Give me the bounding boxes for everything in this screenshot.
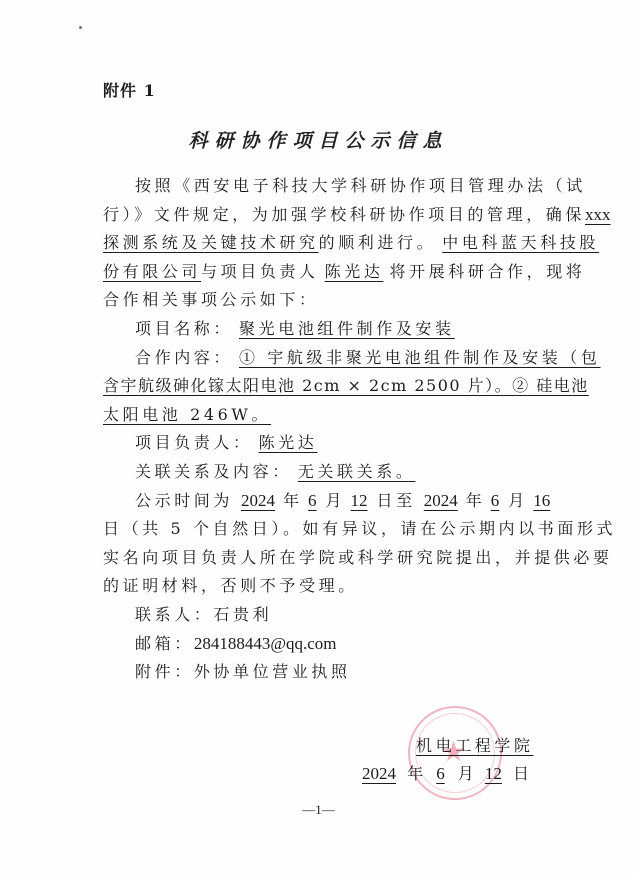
contact-name: 石贵利 [213, 601, 272, 630]
cooperation-value-2: 含宇航级砷化镓太阳电池 2cm × 2cm 2500 片）。② 硅电池 [103, 372, 589, 401]
cooperation-row-2: 含宇航级砷化镓太阳电池 2cm × 2cm 2500 片）。② 硅电池 [103, 372, 537, 401]
start-year: 2024 [233, 487, 283, 516]
cooperation-value-1: ① 宇航级非聚光电池组件制作及安装（包 [233, 344, 601, 373]
intro-line-1: 按照《西安电子科技大学科研协作项目管理办法（试 [103, 172, 537, 201]
document-title: 科研协作项目公示信息 [0, 126, 637, 153]
publicity-row-4: 的证明材料，否则不予受理。 [103, 572, 537, 601]
start-month: 6 [299, 487, 326, 516]
signature-date: 2024 年 6 月 12 日 [356, 761, 529, 784]
end-month: 6 [482, 487, 509, 516]
cooperation-row-3: 太阳电池 246W。 [103, 401, 537, 430]
contact-label: 联系人： [135, 601, 213, 630]
intro-line-2: 行）》文件规定，为加强学校科研协作项目的管理，确保 xxx [103, 201, 537, 230]
leader-row: 项目负责人： 陈光达 [103, 429, 537, 458]
publicity-row-3: 实名向项目负责人所在学院或科学研究院提出，并提供必要 [103, 544, 537, 573]
relation-value: 无关联关系。 [292, 458, 422, 487]
research-project-name: 探测系统及关键技术研究 [103, 229, 319, 258]
document-page: 附件 1 科研协作项目公示信息 按照《西安电子科技大学科研协作项目管理办法（试 … [0, 0, 637, 876]
signature-org: 机电工程学院 [416, 733, 534, 756]
email-row: 邮箱： 284188443@qq.com [103, 630, 537, 659]
company-name-cont: 份有限公司 [103, 258, 201, 287]
email-address[interactable]: 284188443@qq.com [194, 630, 337, 659]
relation-label: 关联关系及内容： [135, 458, 292, 487]
cooperation-label: 合作内容： [135, 344, 233, 373]
scan-speck [79, 26, 82, 29]
end-day: 16 [524, 487, 550, 516]
cooperation-row-1: 合作内容： ① 宇航级非聚光电池组件制作及安装（包 [103, 344, 537, 373]
intro-text: 行）》文件规定，为加强学校科研协作项目的管理，确保 [103, 201, 585, 230]
leader-label: 项目负责人： [135, 429, 253, 458]
sign-month: 6 [428, 764, 453, 783]
intro-line-4: 份有限公司 与项目负责人 陈光达 将开展科研合作，现将 [103, 258, 537, 287]
cooperation-value-3: 太阳电池 246W。 [103, 401, 283, 430]
publicity-row-2: 日（共 5 个自然日）。如有异议，请在公示期内以书面形式 [103, 515, 537, 544]
leader-value: 陈光达 [253, 429, 324, 458]
attachment-row: 附件： 外协单位营业执照 [103, 658, 537, 687]
page-number: —1— [0, 802, 637, 818]
research-project-name-part: xxx [585, 201, 611, 230]
attachment-value: 外协单位营业执照 [194, 658, 351, 687]
relation-row: 关联关系及内容： 无关联关系。 [103, 458, 537, 487]
project-name-label: 项目名称： [135, 315, 233, 344]
attachment-label: 附件： [135, 658, 194, 687]
email-label: 邮箱： [135, 630, 194, 659]
annex-label: 附件 1 [103, 78, 156, 101]
end-year: 2024 [416, 487, 466, 516]
sign-day: 12 [479, 764, 508, 783]
intro-line-5: 合作相关事项公示如下： [103, 286, 537, 315]
company-name: 中电科蓝天科技股 [436, 229, 599, 258]
project-leader-name: 陈光达 [319, 258, 390, 287]
project-name-row: 项目名称： 聚光电池组件制作及安装 [103, 315, 537, 344]
publicity-row-1: 公示时间为 2024 年 6 月 12 日至 2024 年 6 月 16 [103, 487, 537, 516]
intro-line-3: 探测系统及关键技术研究 的顺利进行。 中电科蓝天科技股 [103, 229, 537, 258]
project-name-value: 聚光电池组件制作及安装 [233, 315, 461, 344]
sign-year: 2024 [356, 764, 402, 783]
document-body: 按照《西安电子科技大学科研协作项目管理办法（试 行）》文件规定，为加强学校科研协… [103, 172, 537, 687]
start-day: 12 [342, 487, 377, 516]
contact-row: 联系人： 石贵利 [103, 601, 537, 630]
